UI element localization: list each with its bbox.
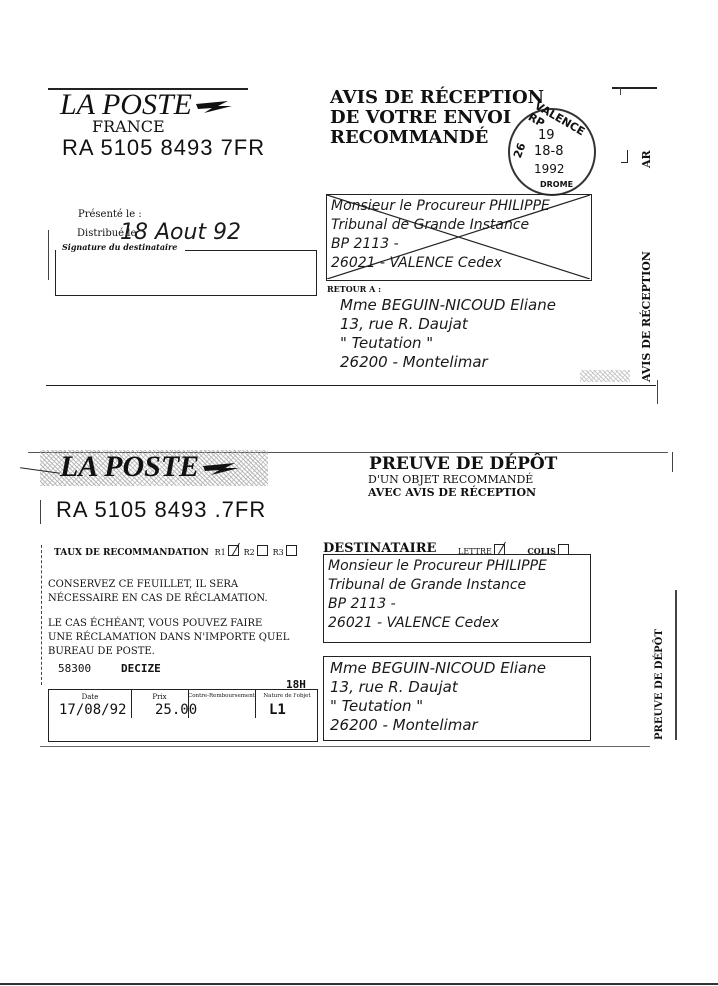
- address-line: 13, rue R. Daujat: [340, 315, 556, 334]
- postmark-stamp: VALENCE RP 26 19 18-8 1992 DROME: [508, 108, 596, 196]
- rate-r3-label: R3: [273, 548, 284, 557]
- recipient-address: Monsieur le Procureur PHILIPPE Tribunal …: [328, 557, 547, 633]
- address-line: " Teutation ": [340, 334, 556, 353]
- cell-price: 25.00: [155, 702, 197, 718]
- address-line: 26021 - VALENCE Cedex: [328, 614, 547, 633]
- side-label-proof: PREUVE DE DÉPÔT: [654, 629, 665, 740]
- col-header-date: Date: [49, 693, 131, 701]
- address-line: " Teutation ": [330, 697, 546, 716]
- sender-address: Mme BEGUIN-NICOUD Eliane 13, rue R. Dauj…: [330, 659, 546, 735]
- margin-mark: [48, 230, 49, 280]
- presented-label: Présenté le :: [78, 209, 142, 220]
- keep-notice: CONSERVEZ CE FEUILLET, IL SERA NÉCESSAIR…: [48, 578, 268, 606]
- addressee-box-crossed: Monsieur le Procureur PHILIPPE Tribunal …: [326, 194, 592, 281]
- claim-notice: LE CAS ÉCHÉANT, VOUS POUVEZ FAIRE UNE RÉ…: [48, 617, 289, 659]
- title-line: DE VOTRE ENVOI: [330, 108, 544, 128]
- address-line: BP 2113 -: [328, 595, 547, 614]
- top-rule-right: [612, 87, 657, 89]
- rate-r1-checkbox[interactable]: [228, 545, 239, 556]
- address-line: Tribunal de Grande Instance: [328, 576, 547, 595]
- side-label-ar: AR: [640, 150, 653, 168]
- signature-box[interactable]: [55, 250, 317, 296]
- la-poste-logo: LA POSTE: [60, 90, 234, 120]
- crossed-address-text: Monsieur le Procureur PHILIPPE Tribunal …: [331, 197, 550, 273]
- postmark-year: 1992: [534, 162, 565, 176]
- office-postcode: 58300: [58, 662, 91, 675]
- postmark-time: 19: [538, 128, 555, 143]
- notice-line: UNE RÉCLAMATION DANS N'IMPORTE QUEL: [48, 631, 289, 645]
- postmark-date: 18-8: [534, 144, 564, 159]
- rate-row: TAUX DE RECOMMANDATION R1 R2 R3: [54, 545, 299, 558]
- address-line: BP 2113 -: [331, 235, 550, 254]
- rate-r1-label: R1: [215, 548, 226, 557]
- proof-subtitle: D'UN OBJET RECOMMANDÉ: [368, 473, 533, 486]
- tracking-number: RA 5105 8493 .7FR: [56, 497, 266, 523]
- notice-line: NÉCESSAIRE EN CAS DE RÉCLAMATION.: [48, 592, 268, 606]
- proof-subtitle-ar: AVEC AVIS DE RÉCEPTION: [368, 486, 536, 499]
- proof-title: PREUVE DE DÉPÔT: [369, 454, 557, 474]
- right-edge: [675, 590, 677, 740]
- perforation-line: [46, 385, 656, 386]
- address-line: Monsieur le Procureur PHILIPPE: [331, 197, 550, 216]
- rate-r3-checkbox[interactable]: [286, 545, 297, 556]
- postmark-region: DROME: [540, 180, 573, 189]
- notice-line: BUREAU DE POSTE.: [48, 645, 289, 659]
- signature-line: [185, 250, 317, 251]
- margin-dashes: [41, 545, 42, 685]
- corner-mark: [621, 150, 628, 163]
- tick-mark: [620, 87, 621, 95]
- col-header-nature: Nature de l'objet: [255, 693, 319, 699]
- address-line: Mme BEGUIN-NICOUD Eliane: [330, 659, 546, 678]
- rate-r2-label: R2: [244, 548, 255, 557]
- page-bottom-edge: [0, 983, 718, 985]
- bottom-rule: [40, 746, 650, 747]
- notice-line: LE CAS ÉCHÉANT, VOUS POUVEZ FAIRE: [48, 617, 289, 631]
- margin-mark: [40, 500, 41, 524]
- col-header-price: Prix: [131, 693, 188, 701]
- address-line: 26200 - Montelimar: [330, 716, 546, 735]
- address-line: Mme BEGUIN-NICOUD Eliane: [340, 296, 556, 315]
- address-line: Tribunal de Grande Instance: [331, 216, 550, 235]
- edge-mark: [657, 380, 658, 404]
- return-address: Mme BEGUIN-NICOUD Eliane 13, rue R. Dauj…: [340, 296, 556, 372]
- side-label-avis: AVIS DE RÉCEPTION: [640, 251, 653, 382]
- address-line: Monsieur le Procureur PHILIPPE: [328, 557, 547, 576]
- office-town: DECIZE: [121, 662, 161, 675]
- title-line: AVIS DE RÉCEPTION: [330, 88, 544, 108]
- return-label: RETOUR A :: [327, 284, 381, 294]
- sender-box: Mme BEGUIN-NICOUD Eliane 13, rue R. Dauj…: [323, 656, 591, 741]
- logo-text: LA POSTE: [60, 450, 199, 483]
- recipient-box: Monsieur le Procureur PHILIPPE Tribunal …: [323, 554, 591, 643]
- tracking-number: RA 5105 8493 7FR: [62, 135, 265, 161]
- la-poste-bird-icon: [201, 462, 241, 476]
- scan-noise: [580, 370, 630, 382]
- rate-label: TAUX DE RECOMMANDATION: [54, 548, 209, 558]
- deposit-table: Date Prix Contre-Remboursement Nature de…: [48, 689, 318, 742]
- country-label: FRANCE: [92, 117, 165, 136]
- address-line: 13, rue R. Daujat: [330, 678, 546, 697]
- la-poste-logo: LA POSTE: [60, 452, 241, 482]
- address-line: 26200 - Montelimar: [340, 353, 556, 372]
- cell-nature: L1: [269, 702, 286, 718]
- la-poste-bird-icon: [194, 100, 234, 114]
- cell-date: 17/08/92: [59, 702, 126, 718]
- edge-mark: [672, 452, 673, 472]
- address-line: 26021 - VALENCE Cedex: [331, 254, 550, 273]
- col-header-cod: Contre-Remboursement: [188, 693, 255, 699]
- notice-line: CONSERVEZ CE FEUILLET, IL SERA: [48, 578, 268, 592]
- rate-r2-checkbox[interactable]: [257, 545, 268, 556]
- postmark-dept: 26: [511, 141, 528, 160]
